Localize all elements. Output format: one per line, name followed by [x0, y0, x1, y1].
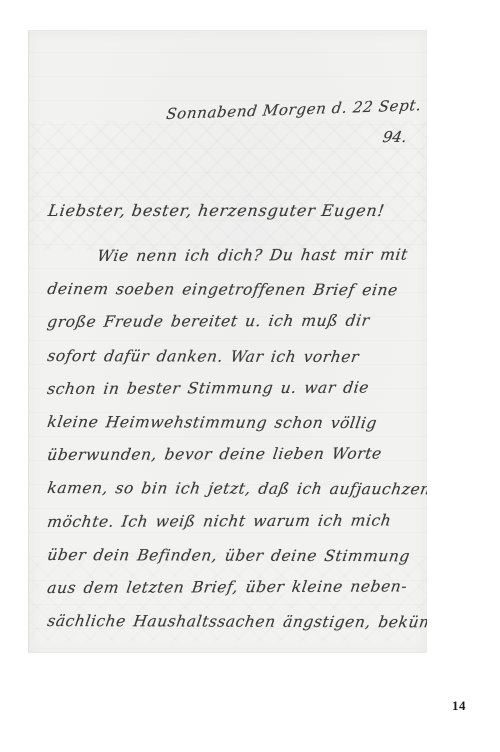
scanned-letter-page: Sonnabend Morgen d. 22 Sept. 94. Liebste…: [28, 30, 427, 653]
letter-body-line: über dein Befinden, über deine Stimmung: [45, 539, 427, 574]
letter-body-line: Wie nenn ich dich? Du hast mir mit: [95, 239, 427, 274]
letter-body-line: große Freude bereitet u. ich muß dir: [45, 305, 427, 340]
letter-body-line: kleine Heimwehstimmung schon völlig: [45, 406, 427, 441]
letter-body-line: aus dem letzten Brief, über kleine neben…: [45, 570, 427, 605]
page-number: 14: [452, 698, 482, 714]
letter-dateline-block: Sonnabend Morgen d. 22 Sept. 94.: [29, 103, 419, 148]
letter-body-line: sächliche Haushaltssachen ängstigen, bek…: [45, 605, 427, 640]
letter-body-line: deinem soeben eingetroffenen Brief eine: [45, 273, 427, 308]
letter-body-line: überwunden, bevor deine lieben Worte: [45, 437, 427, 472]
letter-body: Wie nenn ich dich? Du hast mir mit deine…: [45, 240, 427, 638]
letter-body-line: schon in bester Stimmung u. war die: [45, 371, 427, 406]
letter-dateline-year: 94.: [29, 126, 422, 148]
letter-salutation: Liebster, bester, herzensguter Eugen!: [47, 201, 386, 220]
scan-background: Sonnabend Morgen d. 22 Sept. 94. Liebste…: [0, 0, 500, 752]
letter-dateline: Sonnabend Morgen d. 22 Sept.: [165, 94, 423, 125]
letter-body-line: kamen, so bin ich jetzt, daß ich aufjauc…: [45, 472, 427, 507]
letter-body-line: sofort dafür danken. War ich vorher: [45, 340, 427, 375]
letter-body-line: möchte. Ich weiß nicht warum ich mich: [45, 504, 427, 539]
